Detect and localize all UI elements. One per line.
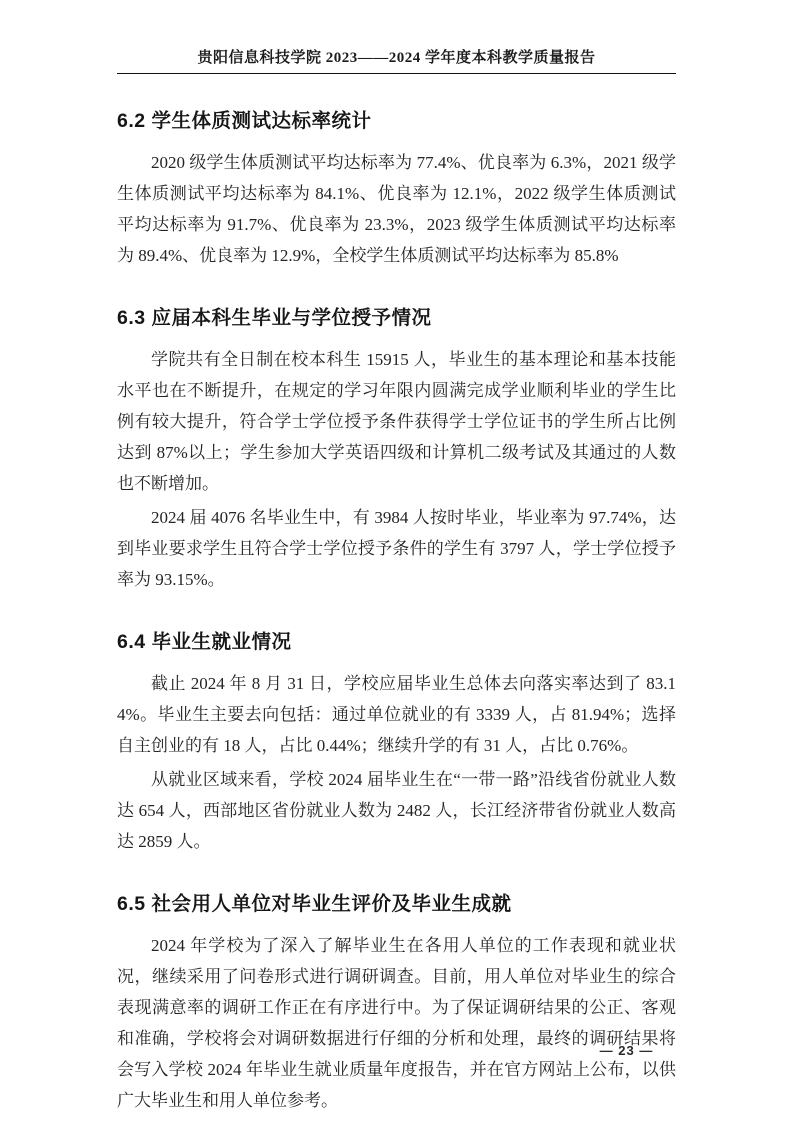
section-6-3: 6.3 应届本科生毕业与学位授予情况 学院共有全日制在校本科生 15915 人，… <box>117 302 676 595</box>
section-heading-6-4: 6.4 毕业生就业情况 <box>117 626 676 654</box>
header-rule <box>117 73 676 74</box>
paragraph-fitness-test-rates: 2020 级学生体质测试平均达标率为 77.4%、优良率为 6.3%，2021 … <box>117 147 676 271</box>
section-heading-6-3: 6.3 应届本科生毕业与学位授予情况 <box>117 302 676 330</box>
report-page: 贵阳信息科技学院 2023——2024 学年度本科教学质量报告 6.2 学生体质… <box>0 0 793 1122</box>
page-number: — 23 — <box>600 1043 654 1058</box>
paragraph-employment-regions: 从就业区域来看，学校 2024 届毕业生在“一带一路”沿线省份就业人数达 654… <box>117 764 676 857</box>
paragraph-employer-survey: 2024 年学校为了深入了解毕业生在各用人单位的工作表现和就业状况，继续采用了问… <box>117 930 676 1116</box>
running-header-title: 贵阳信息科技学院 2023——2024 学年度本科教学质量报告 <box>117 46 676 73</box>
page-footer: — 23 — <box>0 1042 793 1060</box>
section-6-4: 6.4 毕业生就业情况 截止 2024 年 8 月 31 日，学校应届毕业生总体… <box>117 626 676 857</box>
running-header: 贵阳信息科技学院 2023——2024 学年度本科教学质量报告 <box>117 46 676 74</box>
section-6-5: 6.5 社会用人单位对毕业生评价及毕业生成就 2024 年学校为了深入了解毕业生… <box>117 888 676 1116</box>
section-heading-6-5: 6.5 社会用人单位对毕业生评价及毕业生成就 <box>117 888 676 916</box>
section-heading-6-2: 6.2 学生体质测试达标率统计 <box>117 105 676 133</box>
section-6-2: 6.2 学生体质测试达标率统计 2020 级学生体质测试平均达标率为 77.4%… <box>117 105 676 271</box>
paragraph-graduation-overview: 学院共有全日制在校本科生 15915 人，毕业生的基本理论和基本技能水平也在不断… <box>117 344 676 499</box>
paragraph-degree-conferral: 2024 届 4076 名毕业生中，有 3984 人按时毕业，毕业率为 97.7… <box>117 502 676 595</box>
paragraph-employment-rates: 截止 2024 年 8 月 31 日，学校应届毕业生总体去向落实率达到了 83.… <box>117 668 676 761</box>
